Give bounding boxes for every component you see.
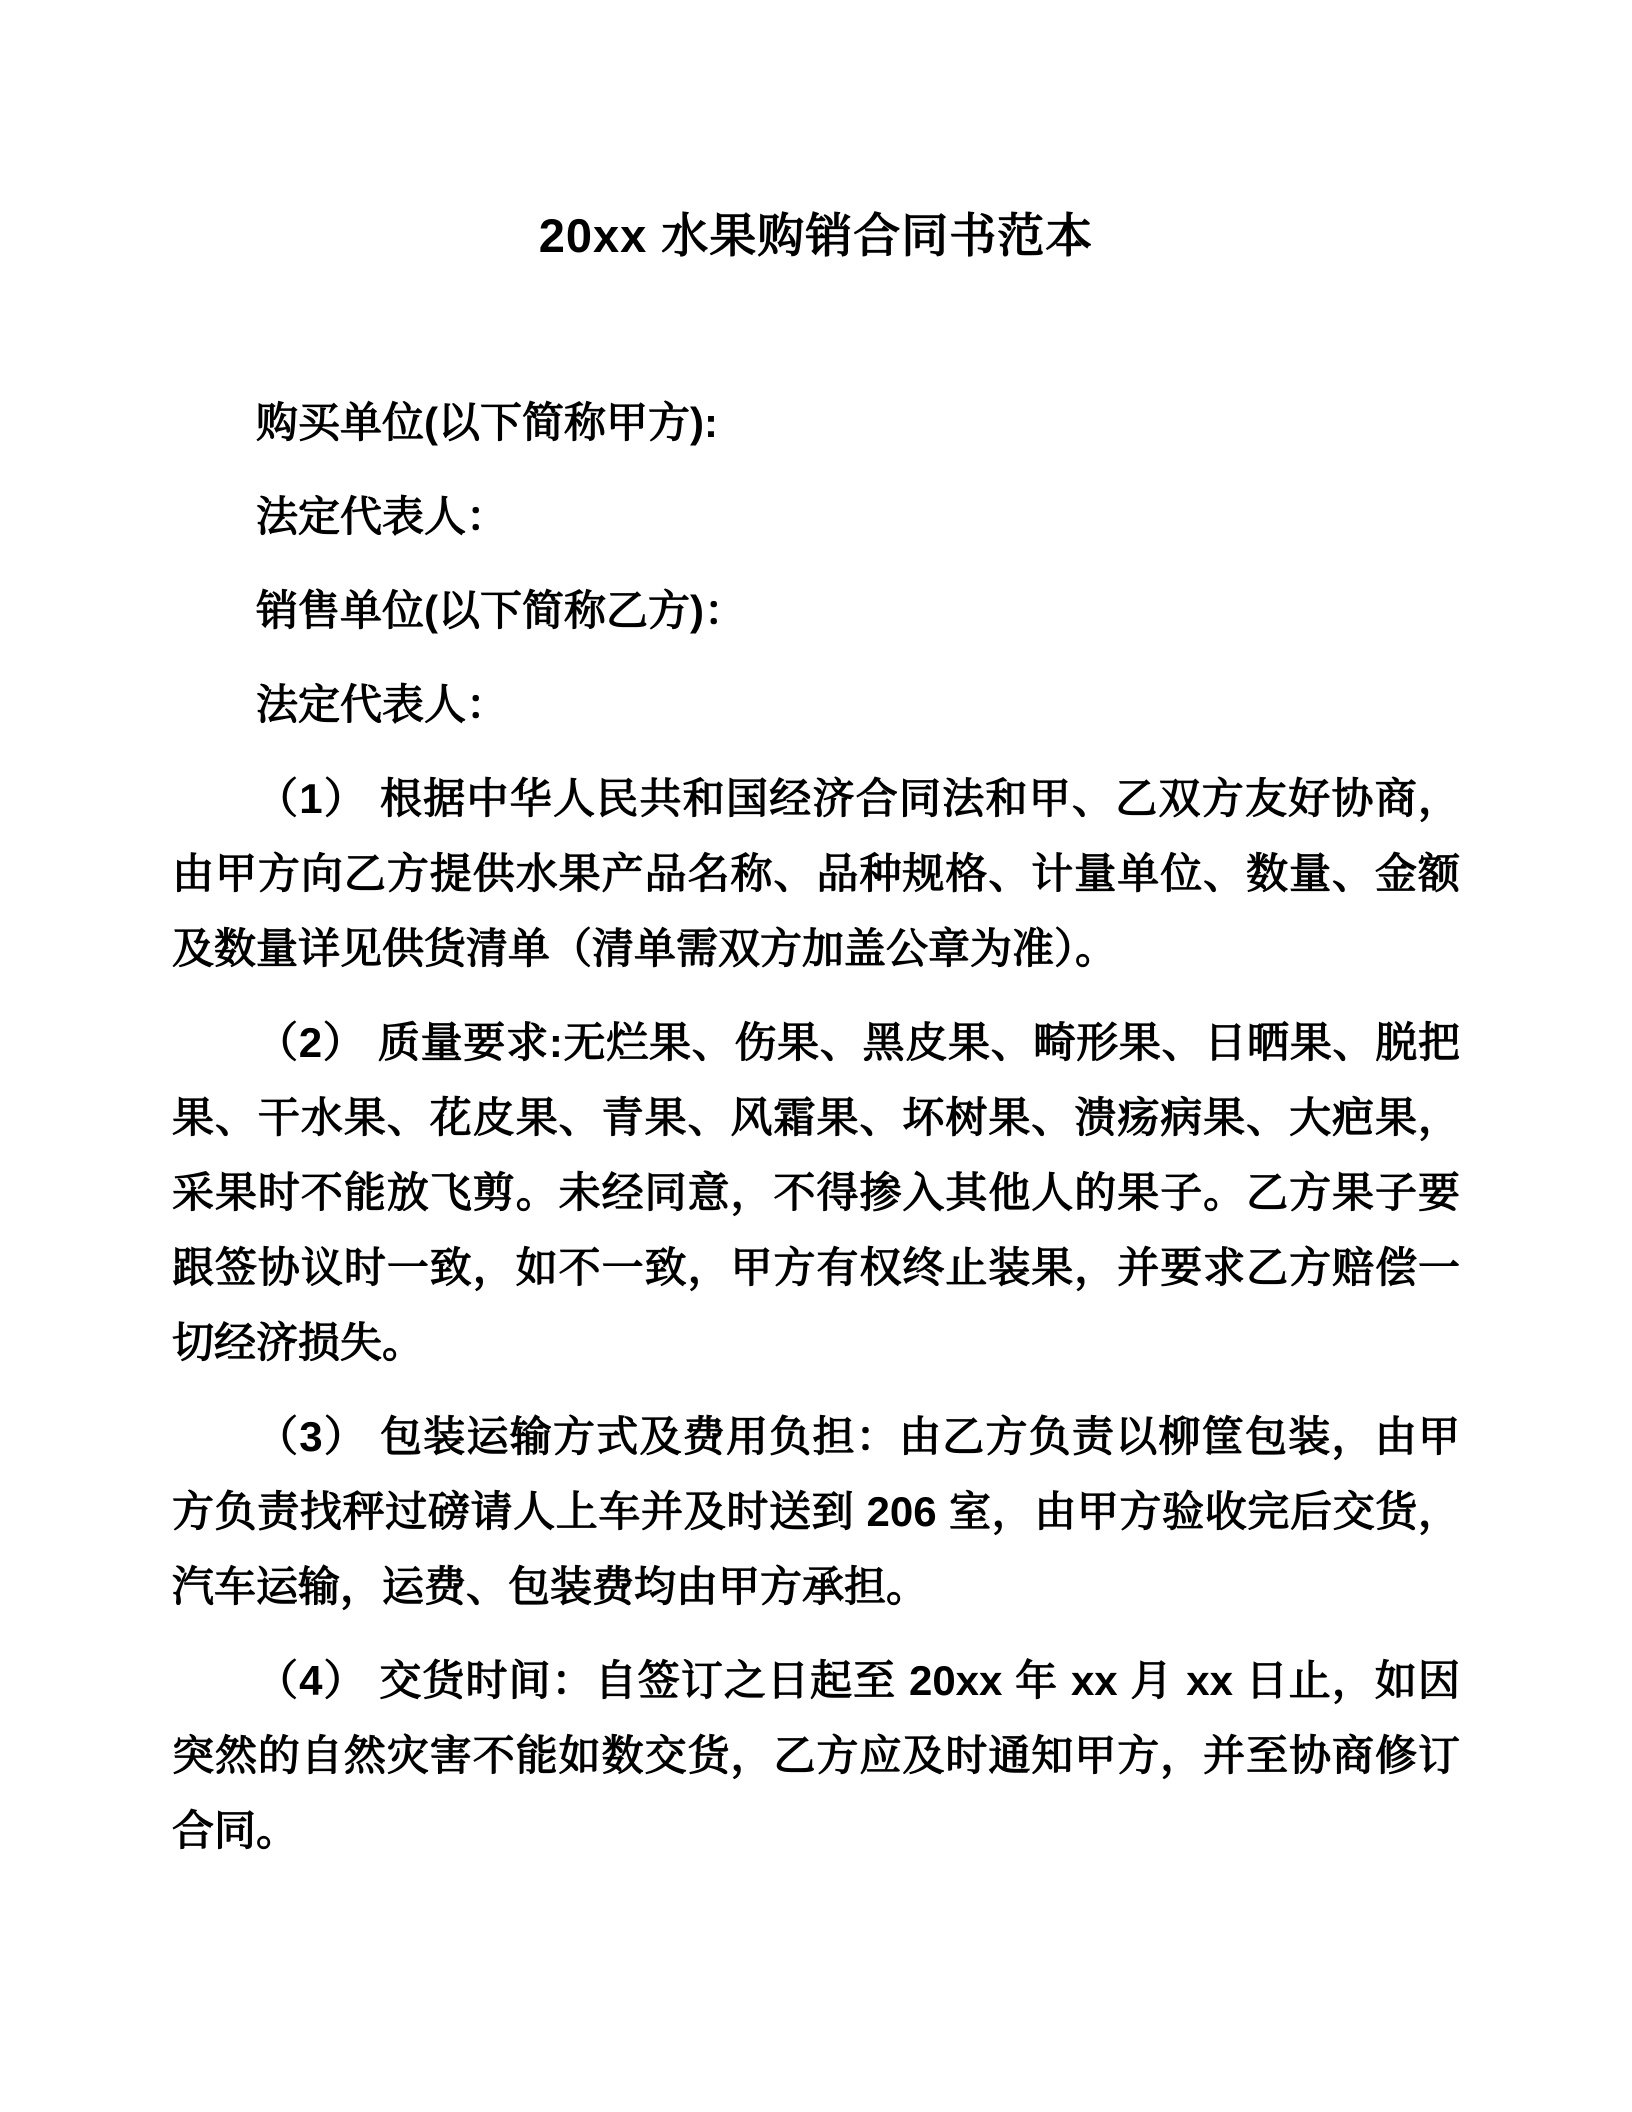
document-title: 20xx 水果购销合同书范本 [172, 205, 1460, 267]
document-body: 购买单位(以下简称甲方): 法定代表人： 销售单位(以下简称乙方)： 法定代表人… [172, 385, 1460, 1868]
clause-1-paragraph: （1） 根据中华人民共和国经济合同法和甲、乙双方友好协商，由甲方向乙方提供水果产… [172, 761, 1460, 986]
clause-4-paragraph: （4） 交货时间：自签订之日起至 20xx 年 xx 月 xx 日止，如因突然的… [172, 1643, 1460, 1868]
party-a-legal-representative-line: 法定代表人： [172, 479, 1460, 554]
party-a-line: 购买单位(以下简称甲方): [172, 385, 1460, 460]
contract-document-page: 20xx 水果购销合同书范本 购买单位(以下简称甲方): 法定代表人： 销售单位… [0, 0, 1632, 2112]
party-b-legal-representative-line: 法定代表人： [172, 667, 1460, 742]
party-b-line: 销售单位(以下简称乙方)： [172, 573, 1460, 648]
clause-2-paragraph: （2） 质量要求:无烂果、伤果、黑皮果、畸形果、日晒果、脱把果、干水果、花皮果、… [172, 1005, 1460, 1380]
document-content: 20xx 水果购销合同书范本 购买单位(以下简称甲方): 法定代表人： 销售单位… [172, 205, 1460, 1887]
clause-3-paragraph: （3） 包装运输方式及费用负担：由乙方负责以柳筐包装，由甲方负责找秤过磅请人上车… [172, 1399, 1460, 1624]
